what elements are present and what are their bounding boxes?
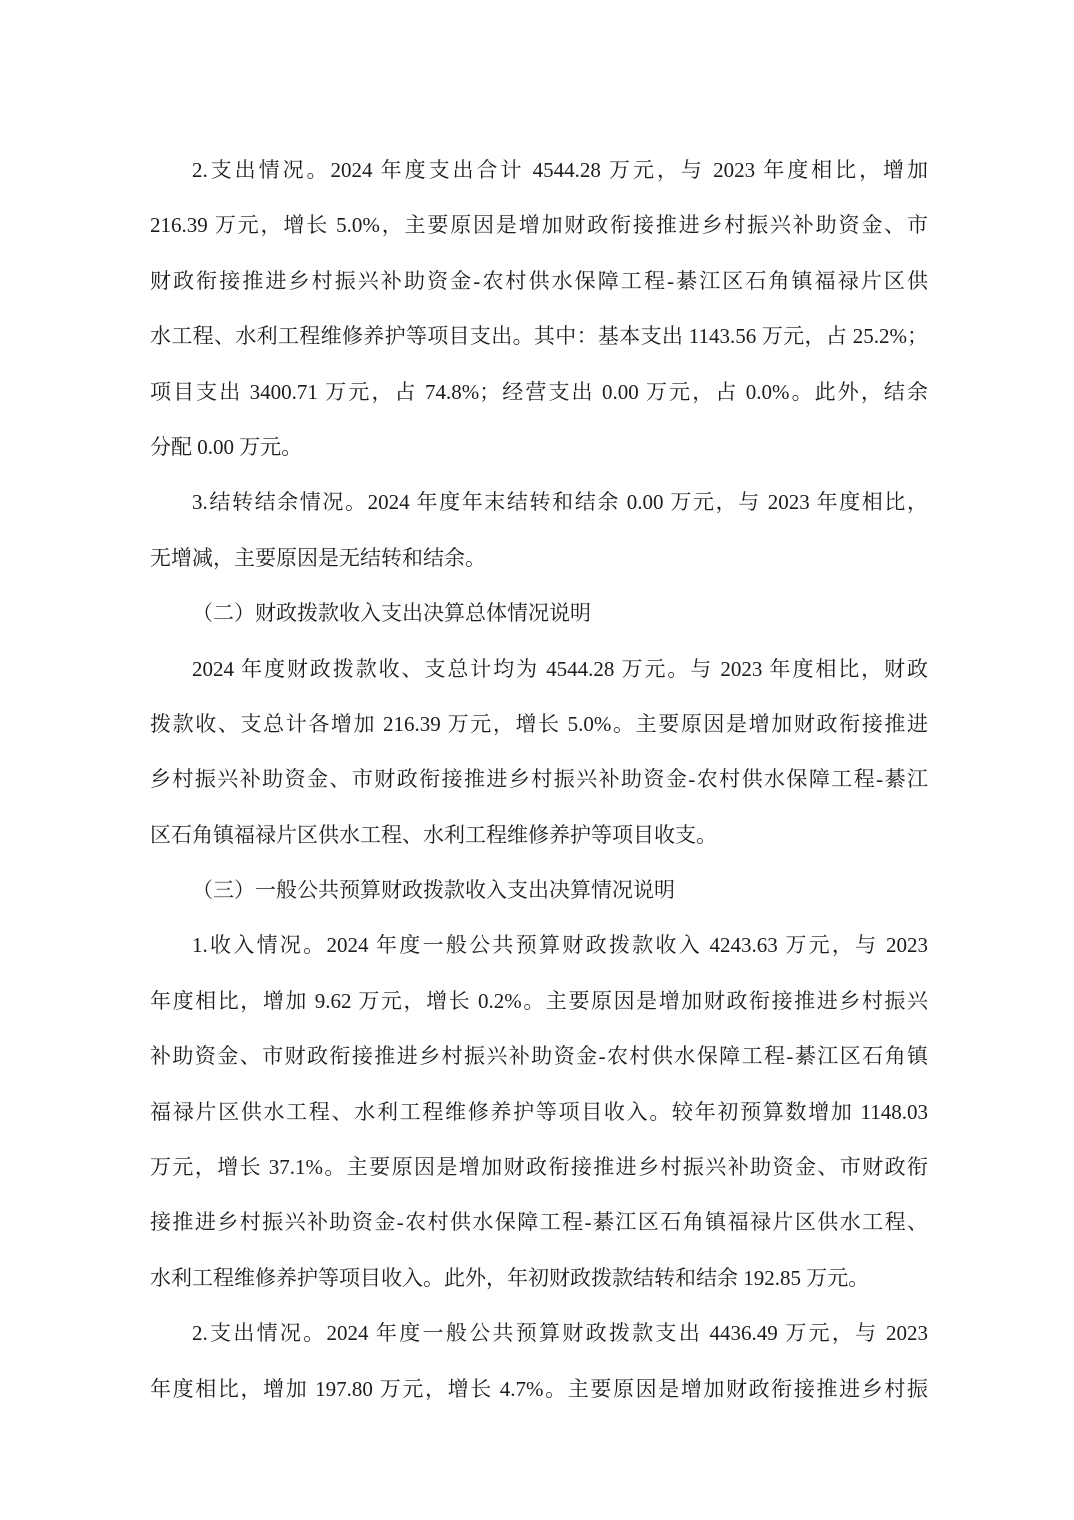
text-line: 2.支出情况。2024 年度一般公共预算财政拨款支出 4436.49 万元，与 …: [150, 1306, 928, 1361]
section-heading: （三）一般公共预算财政拨款收入支出决算情况说明: [150, 863, 928, 918]
text-line: 区石角镇福禄片区供水工程、水利工程维修养护等项目收支。: [150, 808, 928, 863]
text-line: 1.收入情况。2024 年度一般公共预算财政拨款收入 4243.63 万元，与 …: [150, 918, 928, 973]
text-line: 216.39 万元，增长 5.0%，主要原因是增加财政衔接推进乡村振兴补助资金、…: [150, 198, 928, 253]
section-heading: （二）财政拨款收入支出决算总体情况说明: [150, 586, 928, 641]
text-line: 财政衔接推进乡村振兴补助资金-农村供水保障工程-綦江区石角镇福禄片区供: [150, 254, 928, 309]
text-line: 接推进乡村振兴补助资金-农村供水保障工程-綦江区石角镇福禄片区供水工程、: [150, 1195, 928, 1250]
text-line: 年度相比，增加 197.80 万元，增长 4.7%。主要原因是增加财政衔接推进乡…: [150, 1362, 928, 1417]
text-line: 乡村振兴补助资金、市财政衔接推进乡村振兴补助资金-农村供水保障工程-綦江: [150, 752, 928, 807]
paragraph: 2.支出情况。2024 年度支出合计 4544.28 万元，与 2023 年度相…: [150, 143, 928, 475]
text-line: 补助资金、市财政衔接推进乡村振兴补助资金-农村供水保障工程-綦江区石角镇: [150, 1029, 928, 1084]
document-body: 2.支出情况。2024 年度支出合计 4544.28 万元，与 2023 年度相…: [150, 143, 928, 1417]
text-line: 万元，增长 37.1%。主要原因是增加财政衔接推进乡村振兴补助资金、市财政衔: [150, 1140, 928, 1195]
text-line: 水工程、水利工程维修养护等项目支出。其中：基本支出 1143.56 万元，占 2…: [150, 309, 928, 364]
paragraph: 2.支出情况。2024 年度一般公共预算财政拨款支出 4436.49 万元，与 …: [150, 1306, 928, 1417]
heading-line: （三）一般公共预算财政拨款收入支出决算情况说明: [150, 863, 928, 918]
paragraph: 2024 年度财政拨款收、支总计均为 4544.28 万元。与 2023 年度相…: [150, 642, 928, 864]
document-page: 2.支出情况。2024 年度支出合计 4544.28 万元，与 2023 年度相…: [0, 0, 1074, 1520]
text-line: 无增减，主要原因是无结转和结余。: [150, 531, 928, 586]
text-line: 分配 0.00 万元。: [150, 420, 928, 475]
text-line: 2024 年度财政拨款收、支总计均为 4544.28 万元。与 2023 年度相…: [150, 642, 928, 697]
text-line: 项目支出 3400.71 万元，占 74.8%；经营支出 0.00 万元，占 0…: [150, 365, 928, 420]
text-line: 年度相比，增加 9.62 万元，增长 0.2%。主要原因是增加财政衔接推进乡村振…: [150, 974, 928, 1029]
text-line: 水利工程维修养护等项目收入。此外，年初财政拨款结转和结余 192.85 万元。: [150, 1251, 928, 1306]
text-line: 3.结转结余情况。2024 年度年末结转和结余 0.00 万元，与 2023 年…: [150, 475, 928, 530]
text-line: 2.支出情况。2024 年度支出合计 4544.28 万元，与 2023 年度相…: [150, 143, 928, 198]
text-line: 拨款收、支总计各增加 216.39 万元，增长 5.0%。主要原因是增加财政衔接…: [150, 697, 928, 752]
text-line: 福禄片区供水工程、水利工程维修养护等项目收入。较年初预算数增加 1148.03: [150, 1085, 928, 1140]
heading-line: （二）财政拨款收入支出决算总体情况说明: [150, 586, 928, 641]
paragraph: 1.收入情况。2024 年度一般公共预算财政拨款收入 4243.63 万元，与 …: [150, 918, 928, 1306]
paragraph: 3.结转结余情况。2024 年度年末结转和结余 0.00 万元，与 2023 年…: [150, 475, 928, 586]
